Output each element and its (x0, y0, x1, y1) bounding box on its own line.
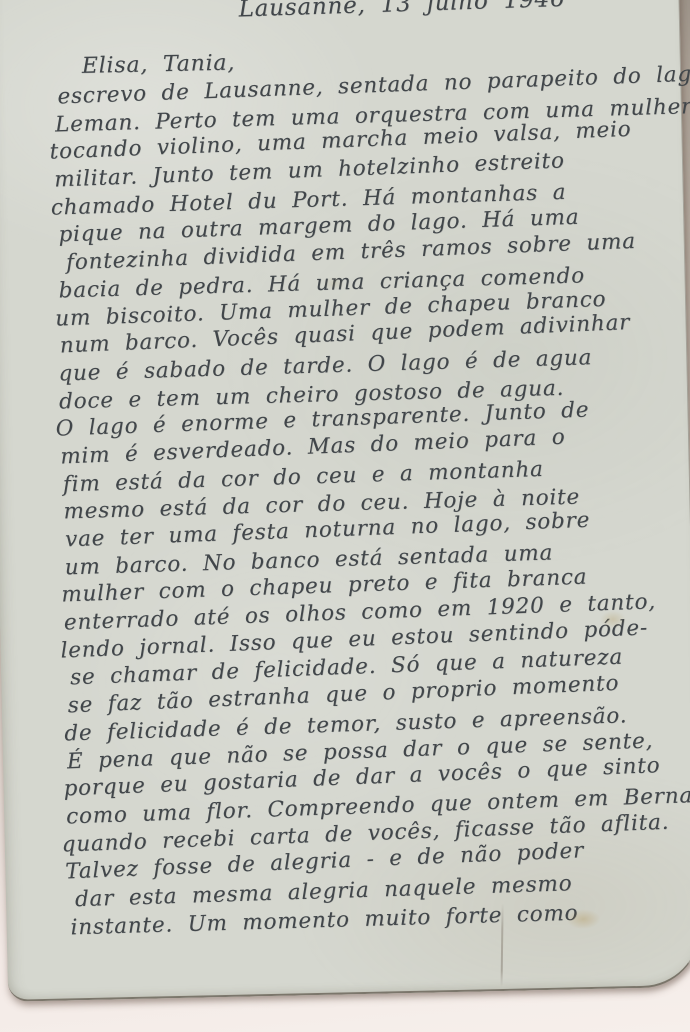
letter-paper: Lausanne, 13 julho 1946 Elisa, Tania, es… (0, 0, 690, 1002)
date-line: Lausanne, 13 julho 1946 (238, 0, 679, 22)
letter-photo: Lausanne, 13 julho 1946 Elisa, Tania, es… (0, 0, 690, 1032)
letter-body: escrevo de Lausanne, sentada no parapeit… (0, 70, 690, 943)
paper-crease-mark (501, 903, 504, 987)
